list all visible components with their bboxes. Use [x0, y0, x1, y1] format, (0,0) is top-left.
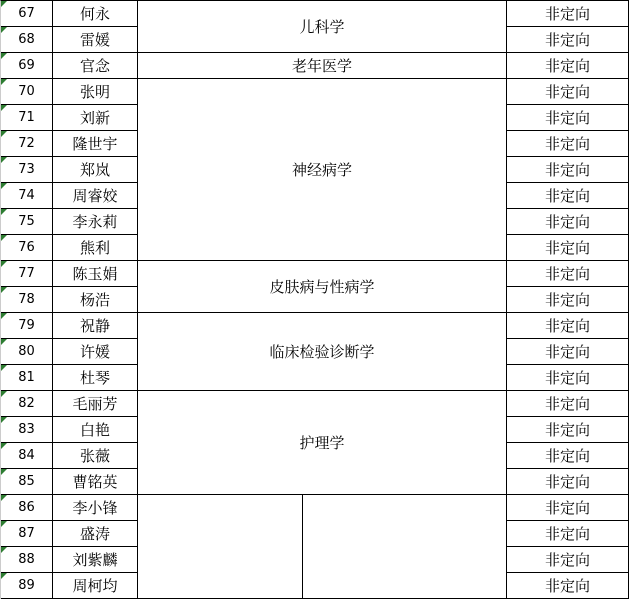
error-indicator-triangle [1, 495, 7, 501]
error-indicator-triangle [1, 521, 7, 527]
name-cell[interactable]: 周睿姣 [53, 183, 138, 209]
status-cell[interactable]: 非定向 [507, 79, 629, 105]
name-cell-label: 熊利 [80, 237, 110, 258]
status-cell[interactable]: 非定向 [507, 287, 629, 313]
spreadsheet-view: 67何永非定向68雷媛非定向69官念非定向70张明非定向71刘新非定向72隆世宇… [0, 0, 631, 599]
name-cell[interactable]: 杨浩 [53, 287, 138, 313]
name-cell-label: 隆世宇 [72, 133, 117, 154]
row-number-cell[interactable]: 77 [1, 261, 53, 287]
status-cell-label: 非定向 [545, 237, 590, 258]
name-cell-label: 刘新 [80, 107, 110, 128]
status-cell[interactable]: 非定向 [507, 261, 629, 287]
row-number-cell-label: 71 [18, 110, 35, 125]
subject-cell-pediatrics[interactable]: 儿科学 [138, 1, 507, 53]
row-number-cell[interactable]: 69 [1, 53, 53, 79]
row-number-cell[interactable]: 80 [1, 339, 53, 365]
subject-cell-dermatology[interactable]: 皮肤病与性病学 [138, 261, 507, 313]
name-cell-label: 许媛 [80, 341, 110, 362]
subject-cell-dermatology-label: 皮肤病与性病学 [269, 276, 374, 297]
row-number-cell[interactable]: 67 [1, 1, 53, 27]
error-indicator-triangle [1, 105, 7, 111]
subject-cell-nursing-label: 护理学 [299, 432, 344, 453]
status-cell-label: 非定向 [545, 107, 590, 128]
status-cell[interactable]: 非定向 [507, 209, 629, 235]
row-number-cell-label: 81 [18, 370, 35, 385]
name-cell[interactable]: 毛丽芳 [53, 391, 138, 417]
error-indicator-triangle [1, 131, 7, 137]
status-cell[interactable]: 非定向 [507, 417, 629, 443]
name-cell-label: 李小锋 [72, 497, 117, 518]
status-cell-label: 非定向 [545, 315, 590, 336]
status-cell[interactable]: 非定向 [507, 521, 629, 547]
name-cell[interactable]: 郑岚 [53, 157, 138, 183]
row-number-cell-label: 70 [18, 84, 35, 99]
row-number-cell-label: 74 [18, 188, 35, 203]
error-indicator-triangle [1, 235, 7, 241]
status-cell-label: 非定向 [545, 367, 590, 388]
status-cell-label: 非定向 [545, 341, 590, 362]
name-cell[interactable]: 盛涛 [53, 521, 138, 547]
row-number-cell-label: 68 [18, 32, 35, 47]
status-cell-label: 非定向 [545, 471, 590, 492]
row-number-cell-label: 67 [18, 6, 35, 21]
row-number-cell-label: 80 [18, 344, 35, 359]
status-cell[interactable]: 非定向 [507, 235, 629, 261]
status-cell[interactable]: 非定向 [507, 183, 629, 209]
name-cell-label: 曹铭英 [72, 471, 117, 492]
name-cell-label: 何永 [80, 3, 110, 24]
status-cell-label: 非定向 [545, 55, 590, 76]
name-cell[interactable]: 熊利 [53, 235, 138, 261]
row-number-cell-label: 84 [18, 448, 35, 463]
error-indicator-triangle [1, 27, 7, 33]
status-cell[interactable]: 非定向 [507, 443, 629, 469]
name-cell-label: 周柯均 [72, 575, 117, 596]
error-indicator-triangle [1, 391, 7, 397]
subject-cell-empty-left[interactable] [138, 495, 303, 599]
status-cell-label: 非定向 [545, 289, 590, 310]
name-cell[interactable]: 张薇 [53, 443, 138, 469]
status-cell-label: 非定向 [545, 29, 590, 50]
name-cell[interactable]: 李小锋 [53, 495, 138, 521]
row-number-cell[interactable]: 71 [1, 105, 53, 131]
row-number-cell-label: 86 [18, 500, 35, 515]
status-cell-label: 非定向 [545, 159, 590, 180]
error-indicator-triangle [1, 287, 7, 293]
row-number-cell[interactable]: 72 [1, 131, 53, 157]
row-number-cell[interactable]: 82 [1, 391, 53, 417]
row-number-cell[interactable]: 74 [1, 183, 53, 209]
row-number-cell[interactable]: 85 [1, 469, 53, 495]
row-number-cell[interactable]: 83 [1, 417, 53, 443]
error-indicator-triangle [1, 417, 7, 423]
row-number-cell-label: 75 [18, 214, 35, 229]
error-indicator-triangle [1, 443, 7, 449]
name-cell[interactable]: 陈玉娟 [53, 261, 138, 287]
name-cell-label: 郑岚 [80, 159, 110, 180]
subject-cell-neurology-label: 神经病学 [292, 159, 352, 180]
row-number-cell[interactable]: 70 [1, 79, 53, 105]
name-cell-label: 雷媛 [80, 29, 110, 50]
name-cell[interactable]: 刘新 [53, 105, 138, 131]
row-number-cell-label: 79 [18, 318, 35, 333]
name-cell[interactable]: 刘紫麟 [53, 547, 138, 573]
row-number-cell[interactable]: 68 [1, 27, 53, 53]
name-cell[interactable]: 许媛 [53, 339, 138, 365]
status-cell[interactable]: 非定向 [507, 365, 629, 391]
row-number-cell[interactable]: 81 [1, 365, 53, 391]
error-indicator-triangle [1, 157, 7, 163]
row-number-cell-label: 69 [18, 58, 35, 73]
row-number-cell-label: 82 [18, 396, 35, 411]
name-cell-label: 张明 [80, 81, 110, 102]
status-cell[interactable]: 非定向 [507, 469, 629, 495]
row-number-cell-label: 72 [18, 136, 35, 151]
status-cell-label: 非定向 [545, 445, 590, 466]
row-number-cell[interactable]: 88 [1, 547, 53, 573]
name-cell-label: 祝静 [80, 315, 110, 336]
name-cell[interactable]: 张明 [53, 79, 138, 105]
status-cell-label: 非定向 [545, 549, 590, 570]
name-cell-label: 杨浩 [80, 289, 110, 310]
row-number-cell-label: 85 [18, 474, 35, 489]
name-cell[interactable]: 杜琴 [53, 365, 138, 391]
name-cell[interactable]: 祝静 [53, 313, 138, 339]
row-number-cell-label: 87 [18, 526, 35, 541]
row-number-cell[interactable]: 87 [1, 521, 53, 547]
status-cell-label: 非定向 [545, 3, 590, 24]
name-cell[interactable]: 白艳 [53, 417, 138, 443]
row-number-cell-label: 89 [18, 578, 35, 593]
status-cell-label: 非定向 [545, 497, 590, 518]
row-number-cell[interactable]: 73 [1, 157, 53, 183]
row-number-cell-label: 88 [18, 552, 35, 567]
status-cell[interactable]: 非定向 [507, 27, 629, 53]
error-indicator-triangle [1, 313, 7, 319]
status-cell-label: 非定向 [545, 81, 590, 102]
error-indicator-triangle [1, 209, 7, 215]
subject-cell-lab-diagnostics[interactable]: 临床检验诊断学 [138, 313, 507, 391]
row-number-cell[interactable]: 75 [1, 209, 53, 235]
error-indicator-triangle [1, 547, 7, 553]
name-cell-label: 盛涛 [80, 523, 110, 544]
subject-cell-empty-right[interactable] [303, 495, 507, 599]
row-number-cell[interactable]: 84 [1, 443, 53, 469]
name-cell-label: 毛丽芳 [72, 393, 117, 414]
row-number-cell[interactable]: 86 [1, 495, 53, 521]
status-cell-label: 非定向 [545, 185, 590, 206]
row-number-cell-label: 76 [18, 240, 35, 255]
status-cell[interactable]: 非定向 [507, 313, 629, 339]
row-number-cell[interactable]: 76 [1, 235, 53, 261]
name-cell[interactable]: 曹铭英 [53, 469, 138, 495]
status-cell[interactable]: 非定向 [507, 495, 629, 521]
name-cell[interactable]: 隆世宇 [53, 131, 138, 157]
error-indicator-triangle [1, 79, 7, 85]
error-indicator-triangle [1, 183, 7, 189]
row-number-cell-label: 73 [18, 162, 35, 177]
status-cell-label: 非定向 [545, 133, 590, 154]
name-cell[interactable]: 雷媛 [53, 27, 138, 53]
status-cell-label: 非定向 [545, 575, 590, 596]
status-cell[interactable]: 非定向 [507, 1, 629, 27]
status-cell[interactable]: 非定向 [507, 573, 629, 599]
subject-cell-pediatrics-label: 儿科学 [299, 16, 344, 37]
error-indicator-triangle [1, 53, 7, 59]
status-cell[interactable]: 非定向 [507, 339, 629, 365]
status-cell[interactable]: 非定向 [507, 105, 629, 131]
row-number-cell[interactable]: 89 [1, 573, 53, 599]
name-cell-label: 官念 [80, 55, 110, 76]
error-indicator-triangle [1, 1, 7, 7]
name-cell[interactable]: 李永莉 [53, 209, 138, 235]
error-indicator-triangle [1, 261, 7, 267]
name-cell-label: 张薇 [80, 445, 110, 466]
row-number-cell-label: 83 [18, 422, 35, 437]
status-cell[interactable]: 非定向 [507, 157, 629, 183]
spreadsheet-grid: 67何永非定向68雷媛非定向69官念非定向70张明非定向71刘新非定向72隆世宇… [0, 0, 629, 599]
status-cell[interactable]: 非定向 [507, 547, 629, 573]
name-cell-label: 陈玉娟 [72, 263, 117, 284]
name-cell-label: 刘紫麟 [72, 549, 117, 570]
error-indicator-triangle [1, 573, 7, 579]
error-indicator-triangle [1, 365, 7, 371]
error-indicator-triangle [1, 469, 7, 475]
subject-cell-geriatrics[interactable]: 老年医学 [138, 53, 507, 79]
name-cell-label: 白艳 [80, 419, 110, 440]
status-cell[interactable]: 非定向 [507, 131, 629, 157]
subject-cell-geriatrics-label: 老年医学 [292, 55, 352, 76]
subject-cell-neurology[interactable]: 神经病学 [138, 79, 507, 261]
status-cell-label: 非定向 [545, 419, 590, 440]
row-number-cell[interactable]: 79 [1, 313, 53, 339]
row-number-cell-label: 77 [18, 266, 35, 281]
error-indicator-triangle [1, 339, 7, 345]
name-cell[interactable]: 官念 [53, 53, 138, 79]
status-cell[interactable]: 非定向 [507, 53, 629, 79]
status-cell[interactable]: 非定向 [507, 391, 629, 417]
subject-cell-nursing[interactable]: 护理学 [138, 391, 507, 495]
name-cell-label: 杜琴 [80, 367, 110, 388]
name-cell-label: 李永莉 [72, 211, 117, 232]
name-cell[interactable]: 周柯均 [53, 573, 138, 599]
status-cell-label: 非定向 [545, 523, 590, 544]
row-number-cell[interactable]: 78 [1, 287, 53, 313]
status-cell-label: 非定向 [545, 393, 590, 414]
subject-cell-lab-diagnostics-label: 临床检验诊断学 [269, 341, 374, 362]
name-cell-label: 周睿姣 [72, 185, 117, 206]
status-cell-label: 非定向 [545, 263, 590, 284]
row-number-cell-label: 78 [18, 292, 35, 307]
name-cell[interactable]: 何永 [53, 1, 138, 27]
status-cell-label: 非定向 [545, 211, 590, 232]
